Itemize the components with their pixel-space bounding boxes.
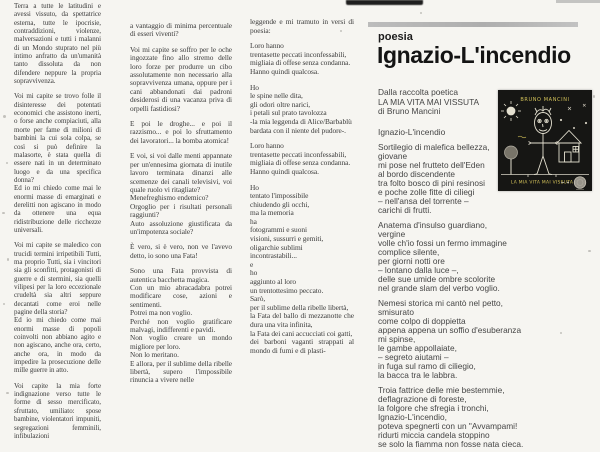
poem-stanza: Troia fattrice delle mie bestemmie, defl… bbox=[378, 386, 596, 449]
scan-speck bbox=[588, 250, 591, 252]
cover-author-text: BRUNO MANCINI bbox=[520, 97, 569, 103]
paragraph: Voi mi capite se soffro per le oche ingo… bbox=[130, 46, 232, 113]
article-column-2: a vantaggio di minima percentuale di ess… bbox=[130, 22, 232, 385]
section-divider-rule bbox=[368, 22, 578, 27]
scan-artifact-smudge bbox=[556, 0, 600, 3]
paragraph: Sono una Fata provvista di autentica bac… bbox=[130, 267, 232, 385]
book-cover-image: BRUNO MANCINI bbox=[498, 90, 592, 191]
paragraph: leggende e mi tramuto in versi di poesia… bbox=[250, 18, 354, 35]
article-column-3: leggende e mi tramuto in versi di poesia… bbox=[250, 18, 354, 355]
paragraph: E voi, si voi dalle menti appannate per … bbox=[130, 152, 232, 236]
scan-speck bbox=[3, 115, 6, 118]
scan-speck bbox=[560, 332, 562, 334]
scan-artifact-bar bbox=[346, 0, 423, 5]
scan-speck bbox=[593, 95, 595, 98]
scan-speck bbox=[420, 12, 422, 14]
scanned-page: Terra a tutte le latitudini e avessi vis… bbox=[0, 0, 600, 452]
poem-source-note: Dalla raccolta poetica LA MIA VITA MAI V… bbox=[378, 88, 496, 117]
paragraph: E poi le droghe... e poi il razzismo... … bbox=[130, 120, 232, 145]
sun-drawing bbox=[501, 101, 521, 121]
article-column-1: Terra a tutte le latitudini e avessi vis… bbox=[14, 2, 101, 440]
paragraph: Ho tentato l'impossibile chiudendo gli o… bbox=[250, 184, 354, 356]
scan-speck bbox=[3, 303, 5, 305]
poem-stanza: Nemesi storica mi cantò nel petto, smisu… bbox=[378, 299, 596, 380]
paragraph: Terra a tutte le latitudini e avessi vis… bbox=[14, 2, 101, 85]
scan-speck bbox=[340, 30, 342, 32]
paragraph: Ho le spine nelle dita, gli odori oltre … bbox=[250, 84, 354, 136]
scan-speck bbox=[6, 162, 8, 164]
paragraph: Loro hanno trentasette peccati inconfess… bbox=[250, 142, 354, 176]
paragraph: Voi mi capite se maledico con trucidi te… bbox=[14, 241, 101, 375]
paragraph: Loro hanno trentasette peccati inconfess… bbox=[250, 42, 354, 76]
scan-speck bbox=[6, 392, 9, 394]
paragraph: È vero, si è vero, non ve l'avevo detto,… bbox=[130, 243, 232, 260]
poem-subtitle: Ignazio-L'incendio bbox=[378, 127, 445, 137]
poem-stanza: Anatema d'insulso guardiano, vergine vol… bbox=[378, 221, 596, 293]
scan-speck bbox=[7, 258, 9, 261]
paragraph: Voi capite la mia forte indignazione ver… bbox=[14, 382, 101, 440]
scan-speck bbox=[2, 212, 5, 214]
cover-background bbox=[498, 90, 592, 191]
paragraph: a vantaggio di minima percentuale di ess… bbox=[130, 22, 232, 39]
poem-headline: Ignazio-L'incendio bbox=[377, 42, 571, 69]
paragraph: Voi mi capite se trovo folle il disinter… bbox=[14, 92, 101, 234]
